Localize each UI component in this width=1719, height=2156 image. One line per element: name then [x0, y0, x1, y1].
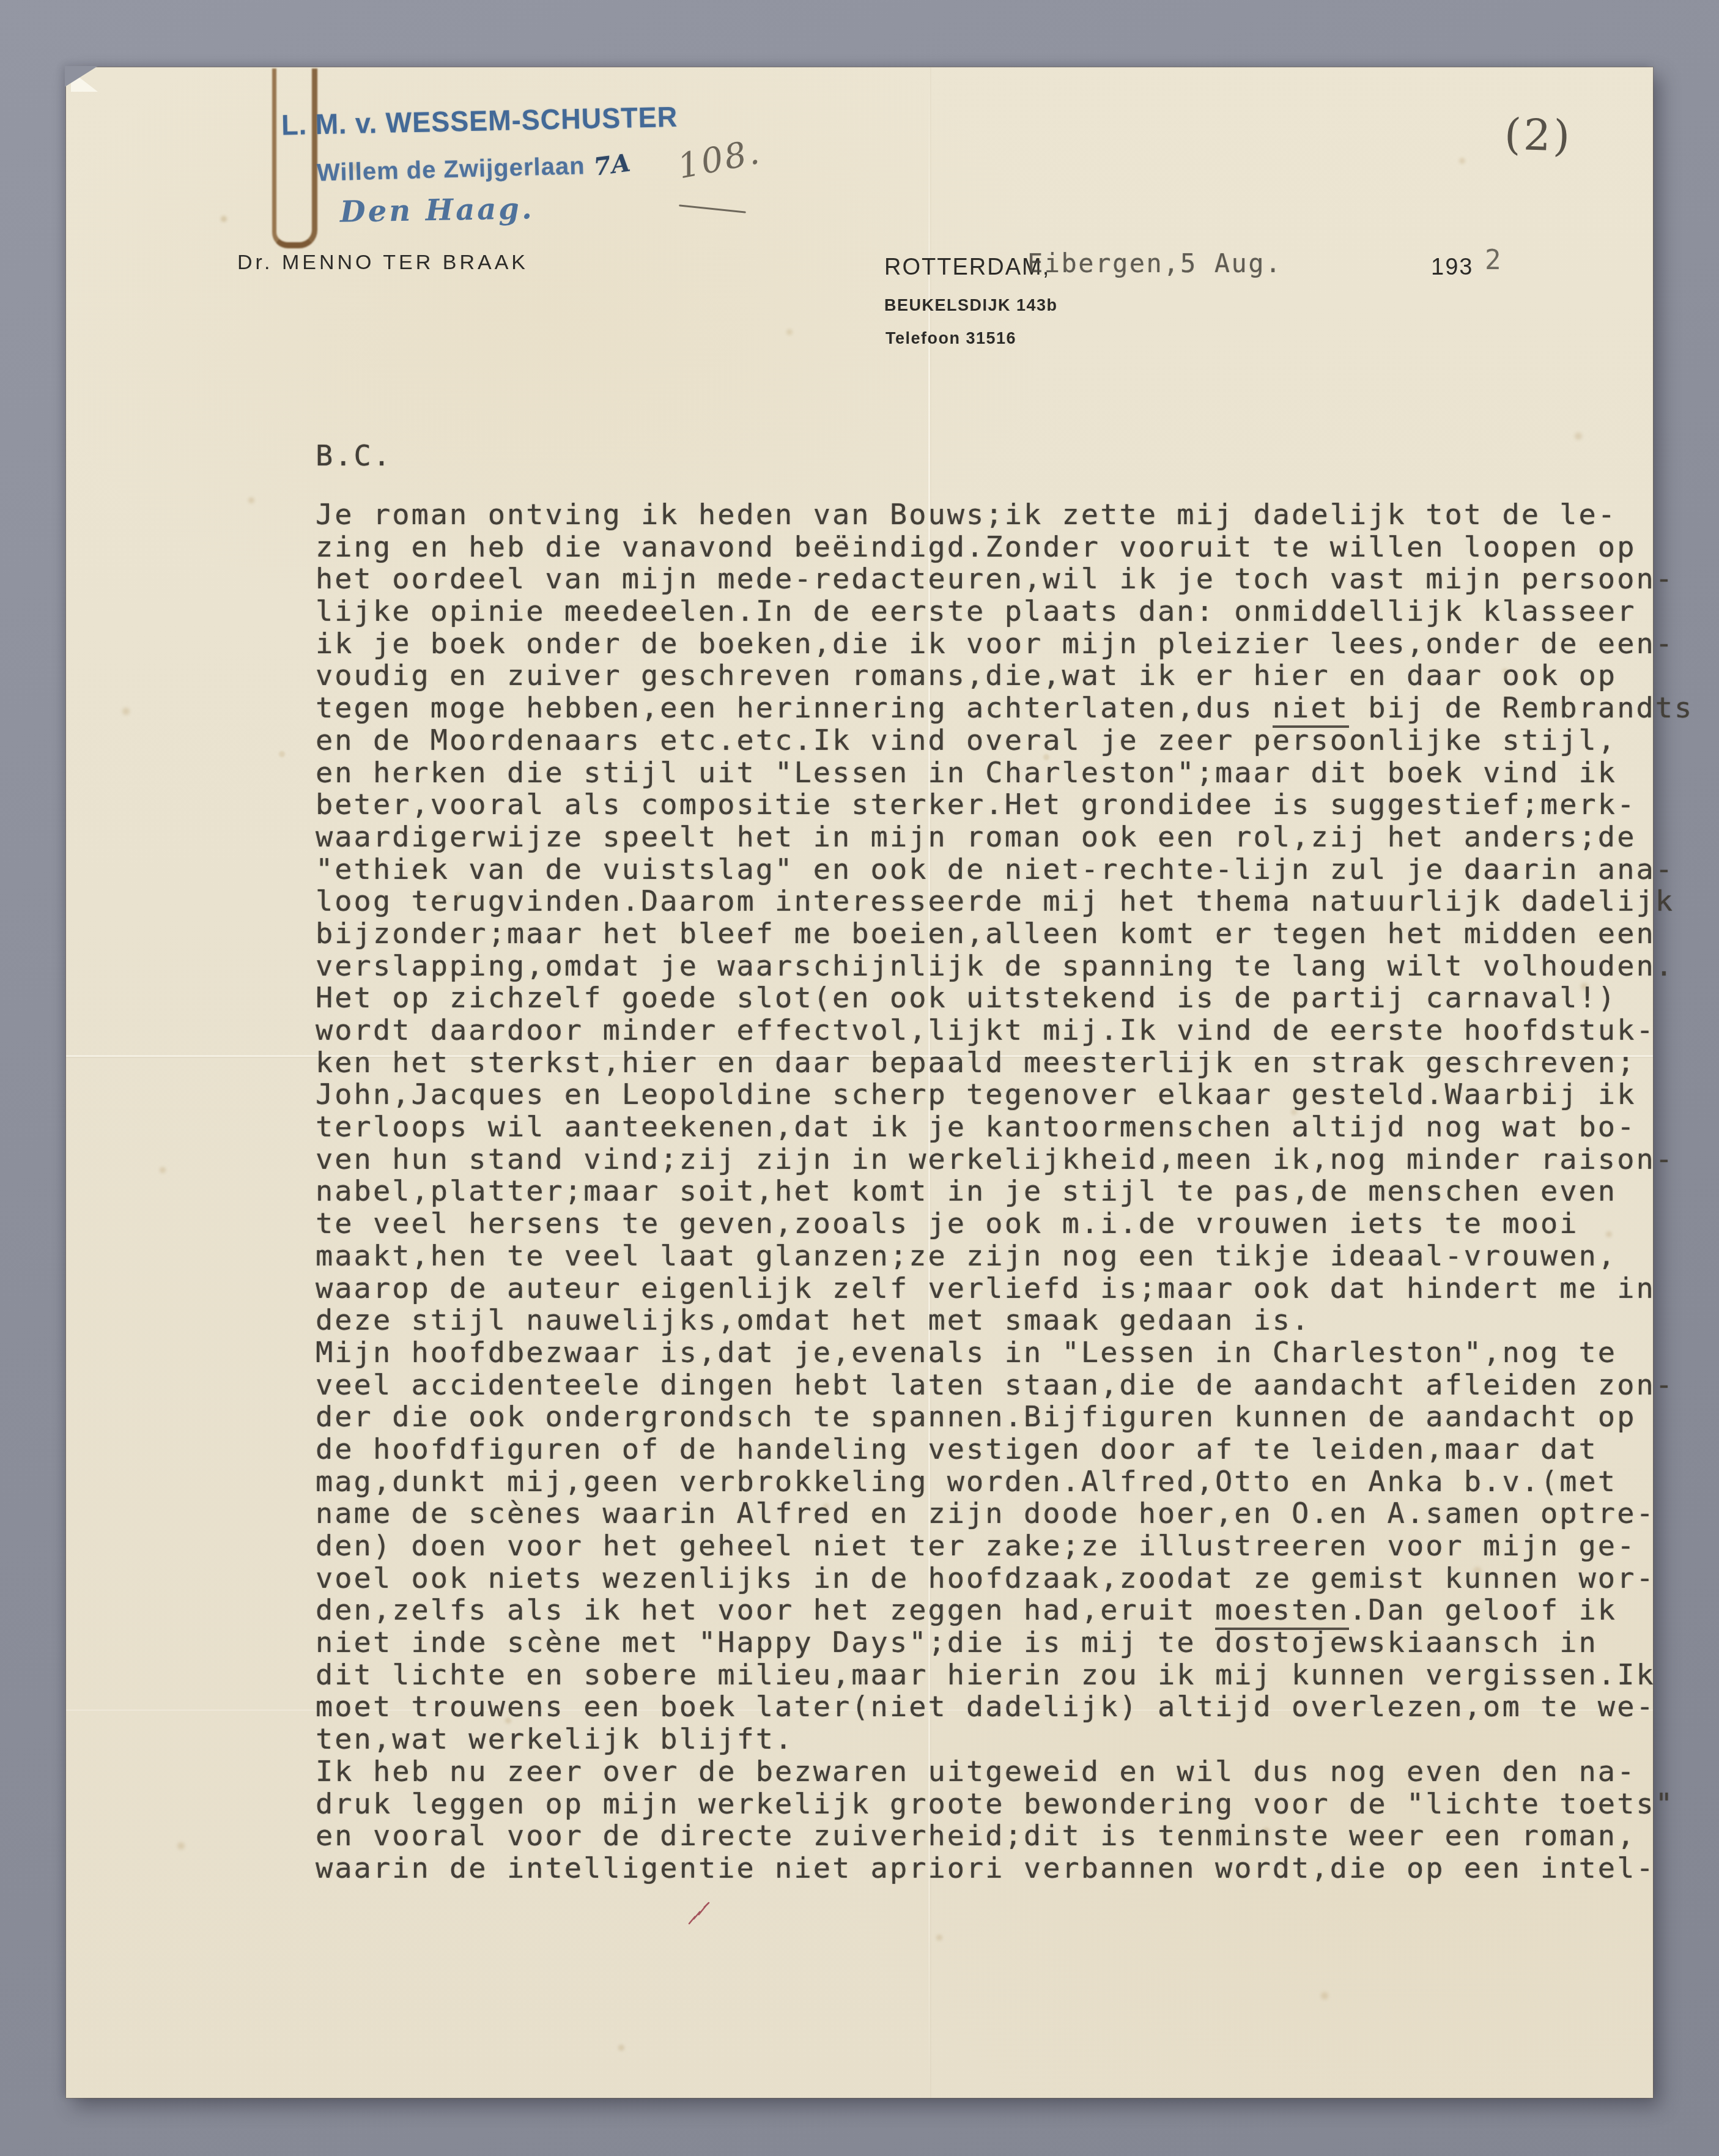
- letter-line-40: Ik heb nu zeer over de bezwaren uitgewei…: [316, 1756, 1643, 1788]
- letter-line-17: wordt daardoor minder effectvol,lijkt mi…: [316, 1015, 1643, 1047]
- letter-line-15: verslapping,omdat je waarschijnlijk de s…: [316, 950, 1643, 983]
- letter-line-25: waarop de auteur eigenlijk zelf verliefd…: [316, 1273, 1643, 1305]
- handwritten-house-number: 7A: [592, 148, 632, 182]
- letter-line-30: de hoofdfiguren of de handeling vestigen…: [316, 1434, 1643, 1466]
- letter-line-42: en vooral voor de directe zuiverheid;dit…: [316, 1820, 1643, 1853]
- pencil-note-108: 108.: [675, 132, 764, 187]
- letter-line-34: voel ook niets wezenlijks in de hoofdzaa…: [316, 1563, 1643, 1595]
- letter-line-19: John,Jacques en Leopoldine scherp tegeno…: [316, 1079, 1643, 1111]
- letter-line-2: zing en heb die vanavond beëindigd.Zonde…: [316, 532, 1643, 564]
- letter-line-21: ven hun stand vind;zij zijn in werkelijk…: [316, 1144, 1643, 1176]
- letter-line-36: niet inde scène met "Happy Days";die is …: [316, 1627, 1643, 1659]
- address-stamp-city: Den Haag.: [340, 191, 535, 229]
- scan-background: { "scan": { "page_marker": "(2)" }, "sta…: [0, 0, 1719, 2156]
- letterhead-place: ROTTERDAM,: [884, 254, 1050, 281]
- underlined-word: moesten: [1215, 1593, 1349, 1630]
- letter-line-18: ken het sterkst,hier en daar bepaald mee…: [316, 1047, 1643, 1080]
- letterhead-phone: Telefoon 31516: [885, 329, 1016, 348]
- letter-line-33: den) doen voor het geheel niet ter zake;…: [316, 1530, 1643, 1563]
- letter-line-22: nabel,platter;maar soit,het komt in je s…: [316, 1176, 1643, 1208]
- underlined-word: niet: [1273, 691, 1349, 728]
- pencil-note-underline: [679, 204, 746, 213]
- letter-line-9: en herken die stijl uit "Lessen in Charl…: [316, 757, 1643, 790]
- letter-line-20: terloops wil aanteekenen,dat ik je kanto…: [316, 1111, 1643, 1144]
- letter-line-38: moet trouwens een boek later(niet dadeli…: [316, 1691, 1643, 1724]
- letterhead-sender-name: Dr. MENNO TER BRAAK: [237, 251, 528, 275]
- letter-line-4: lijke opinie meedeelen.In de eerste plaa…: [316, 596, 1643, 628]
- letter-line-26: deze stijl nauwelijks,omdat het met smaa…: [316, 1305, 1643, 1337]
- letter-line-43: waarin de intelligentie niet apriori ver…: [316, 1853, 1643, 1885]
- letter-line-39: ten,wat werkelijk blijft.: [316, 1724, 1643, 1756]
- letter-line-27: Mijn hoofdbezwaar is,dat je,evenals in "…: [316, 1337, 1643, 1369]
- letter-line-7: tegen moge hebben,een herinnering achter…: [316, 692, 1643, 725]
- letter-page: L. M. v. WESSEM-SCHUSTER Willem de Zwijg…: [66, 67, 1653, 2098]
- letter-line-37: dit lichte en sobere milieu,maar hierin …: [316, 1659, 1643, 1692]
- letter-line-3: het oordeel van mijn mede-redacteuren,wi…: [316, 563, 1643, 596]
- letter-line-8: en de Moordenaars etc.etc.Ik vind overal…: [316, 725, 1643, 757]
- salutation: B.C.: [316, 439, 392, 473]
- letter-line-5: ik je boek onder de boeken,die ik voor m…: [316, 628, 1643, 661]
- letter-line-11: waardigerwijze speelt het in mijn roman …: [316, 821, 1643, 854]
- letter-line-41: druk leggen op mijn werkelijk groote bew…: [316, 1788, 1643, 1821]
- pencil-page-marker: (2): [1504, 109, 1573, 161]
- typed-date: Eibergen,5 Aug.: [1027, 248, 1282, 278]
- letter-line-1: Je roman ontving ik heden van Bouws;ik z…: [316, 499, 1643, 532]
- letter-line-14: bijzonder;maar het bleef me boeien,allee…: [316, 918, 1643, 950]
- letter-line-10: beter,vooral als compositie sterker.Het …: [316, 789, 1643, 821]
- letter-line-16: Het op zichzelf goede slot(en ook uitste…: [316, 982, 1643, 1015]
- letter-line-28: veel accidenteele dingen hebt laten staa…: [316, 1369, 1643, 1402]
- address-stamp-street: Willem de Zwijgerlaan7A: [316, 150, 630, 187]
- street-text: Willem de Zwijgerlaan: [317, 152, 586, 186]
- letterhead-street-address: BEUKELSDIJK 143b: [884, 296, 1058, 315]
- letter-line-31: mag,dunkt mij,geen verbrokkeling worden.…: [316, 1466, 1643, 1498]
- letter-line-35: den,zelfs als ik het voor het zeggen had…: [316, 1595, 1643, 1627]
- letter-line-24: maakt,hen te veel laat glanzen;ze zijn n…: [316, 1240, 1643, 1273]
- foxing-spots: [66, 67, 70, 71]
- paperclip-rust-stain: [272, 69, 317, 248]
- letter-line-32: name de scènes waarin Alfred en zijn doo…: [316, 1498, 1643, 1530]
- letter-line-23: te veel hersens te geven,zooals je ook m…: [316, 1208, 1643, 1240]
- typed-year-digit: 2: [1485, 245, 1501, 276]
- letterhead-year-prefix: 193: [1431, 254, 1473, 281]
- address-stamp-name: L. M. v. WESSEM-SCHUSTER: [281, 100, 678, 142]
- letter-line-6: voudig en zuiver geschreven romans,die,w…: [316, 660, 1643, 692]
- letter-line-12: "ethiek van de vuistslag" en ook de niet…: [316, 854, 1643, 886]
- red-ink-mark: [687, 1899, 711, 1927]
- dog-ear-notch: [65, 66, 98, 87]
- letter-body: Je roman ontving ik heden van Bouws;ik z…: [316, 499, 1643, 1885]
- letter-line-13: loog terugvinden.Daarom interesseerde mi…: [316, 886, 1643, 918]
- letter-line-29: der die ook ondergrondsch te spannen.Bij…: [316, 1401, 1643, 1434]
